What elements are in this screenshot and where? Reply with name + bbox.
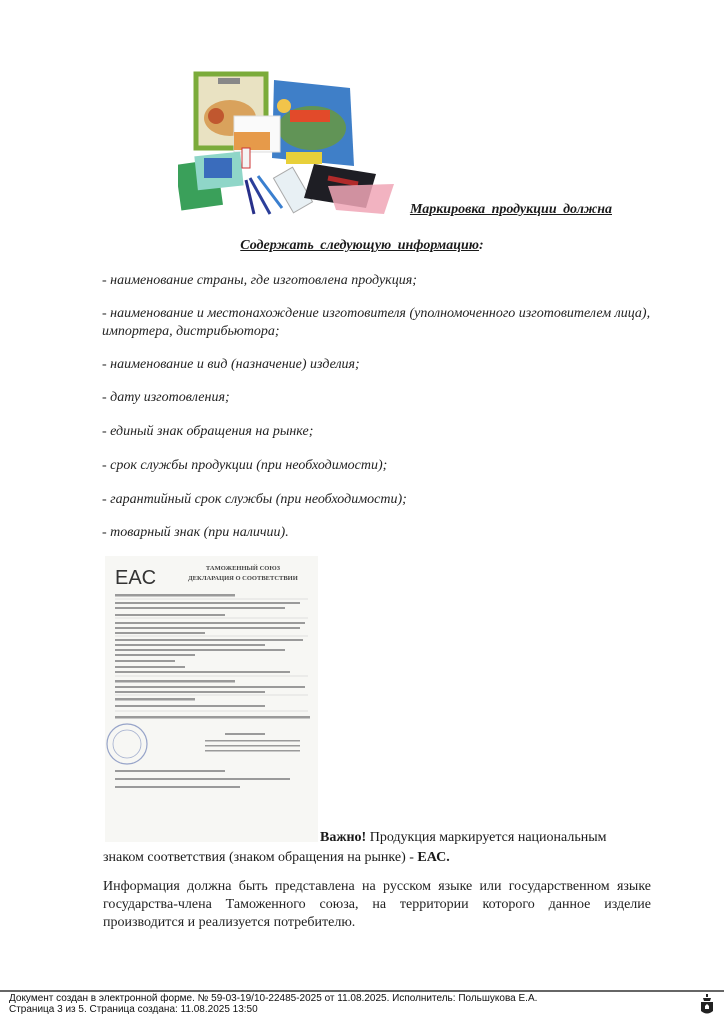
document-page: Маркировка продукции должна Содержать сл… <box>0 0 724 1025</box>
footer-divider <box>0 990 724 992</box>
coat-of-arms-icon <box>700 994 714 1016</box>
svg-text:ТАМОЖЕННЫЙ СОЮЗ: ТАМОЖЕННЫЙ СОЮЗ <box>206 564 281 572</box>
eac-mark: ЕАС. <box>417 850 449 865</box>
eac-logo: EAC <box>115 567 156 589</box>
heading-marking-requirement: Маркировка продукции должна <box>0 202 612 218</box>
heading-colon: : <box>479 238 484 253</box>
list-item: - дату изготовления; <box>102 389 662 407</box>
list-item: - наименование и местонахождение изготов… <box>102 305 662 341</box>
declaration-of-conformity-scan: EAC ТАМОЖЕННЫЙ СОЮЗ ДЕКЛАРАЦИЯ О СООТВЕТ… <box>105 556 318 842</box>
list-item: - гарантийный срок службы (при необходим… <box>102 491 662 509</box>
important-label: Важно! <box>320 830 366 845</box>
footer-line-1: Документ создан в электронной форме. № 5… <box>9 993 537 1004</box>
footer-line-2: Страница 3 из 5. Страница создана: 11.08… <box>9 1004 537 1015</box>
svg-text:ДЕКЛАРАЦИЯ О СООТВЕТСТВИИ: ДЕКЛАРАЦИЯ О СООТВЕТСТВИИ <box>188 575 298 582</box>
list-item: - наименование страны, где изготовлена п… <box>102 272 662 290</box>
list-item: - единый знак обращения на рынке; <box>102 423 662 441</box>
heading-must-contain: Содержать следующую информацию: <box>0 238 724 254</box>
important-text-2: знаком соответствия (знаком обращения на… <box>103 850 417 865</box>
important-text-1: Продукция маркируется национальным <box>366 830 606 845</box>
product-photo <box>178 68 404 216</box>
heading-must-contain-text: Содержать следующую информацию <box>240 238 479 253</box>
list-item: - наименование и вид (назначение) издели… <box>102 356 662 374</box>
important-note: Важно! Продукция маркируется национальны… <box>103 828 663 868</box>
language-requirement-paragraph: Информация должна быть представлена на р… <box>103 878 651 932</box>
footer-metadata: Документ создан в электронной форме. № 5… <box>9 993 537 1015</box>
list-item: - товарный знак (при наличии). <box>102 524 662 542</box>
list-item: - срок службы продукции (при необходимос… <box>102 457 662 475</box>
